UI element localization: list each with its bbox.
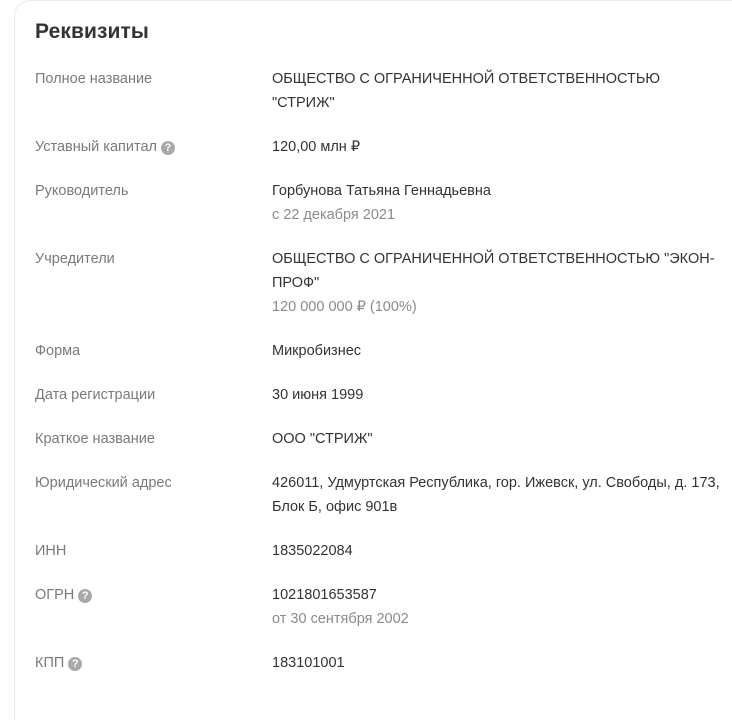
label-authorized-capital: Уставный капитал? <box>35 135 175 159</box>
value-registration-date: 30 июня 1999 <box>272 383 722 407</box>
label-ogrn: ОГРН? <box>35 583 92 607</box>
label-legal-address: Юридический адрес <box>35 471 172 495</box>
label-short-name: Краткое название <box>35 427 155 451</box>
ogrn-date: от 30 сентября 2002 <box>272 607 722 631</box>
value-legal-address: 426011, Удмуртская Республика, гор. Ижев… <box>272 471 722 519</box>
value-founders: ОБЩЕСТВО С ОГРАНИЧЕННОЙ ОТВЕТСТВЕННОСТЬЮ… <box>272 247 722 319</box>
value-form: Микробизнес <box>272 339 722 363</box>
help-icon[interactable]: ? <box>68 657 82 671</box>
value-ogrn: 1021801653587 от 30 сентября 2002 <box>272 583 722 631</box>
label-founders: Учредители <box>35 247 115 271</box>
label-kpp: КПП? <box>35 651 82 675</box>
label-text: КПП <box>35 655 64 671</box>
value-inn: 1835022084 <box>272 539 722 563</box>
value-authorized-capital: 120,00 млн ₽ <box>272 135 722 159</box>
label-text: Уставный капитал <box>35 139 157 155</box>
founder-name[interactable]: ОБЩЕСТВО С ОГРАНИЧЕННОЙ ОТВЕТСТВЕННОСТЬЮ… <box>272 247 722 295</box>
ogrn-number: 1021801653587 <box>272 583 722 607</box>
value-kpp: 183101001 <box>272 651 722 675</box>
label-registration-date: Дата регистрации <box>35 383 155 407</box>
help-icon[interactable]: ? <box>161 141 175 155</box>
label-director: Руководитель <box>35 179 128 203</box>
director-name[interactable]: Горбунова Татьяна Геннадьевна <box>272 179 722 203</box>
requisites-card: Реквизиты Полное название ОБЩЕСТВО С ОГР… <box>14 0 732 704</box>
label-text: ОГРН <box>35 587 74 603</box>
label-inn: ИНН <box>35 539 66 563</box>
label-full-name: Полное название <box>35 67 152 91</box>
director-since: с 22 декабря 2021 <box>272 203 722 227</box>
help-icon[interactable]: ? <box>78 589 92 603</box>
value-short-name: ООО "СТРИЖ" <box>272 427 722 451</box>
value-director: Горбунова Татьяна Геннадьевна с 22 декаб… <box>272 179 722 227</box>
value-full-name: ОБЩЕСТВО С ОГРАНИЧЕННОЙ ОТВЕТСТВЕННОСТЬЮ… <box>272 67 722 115</box>
section-title: Реквизиты <box>35 20 149 44</box>
label-form: Форма <box>35 339 80 363</box>
founder-share: 120 000 000 ₽ (100%) <box>272 295 722 319</box>
